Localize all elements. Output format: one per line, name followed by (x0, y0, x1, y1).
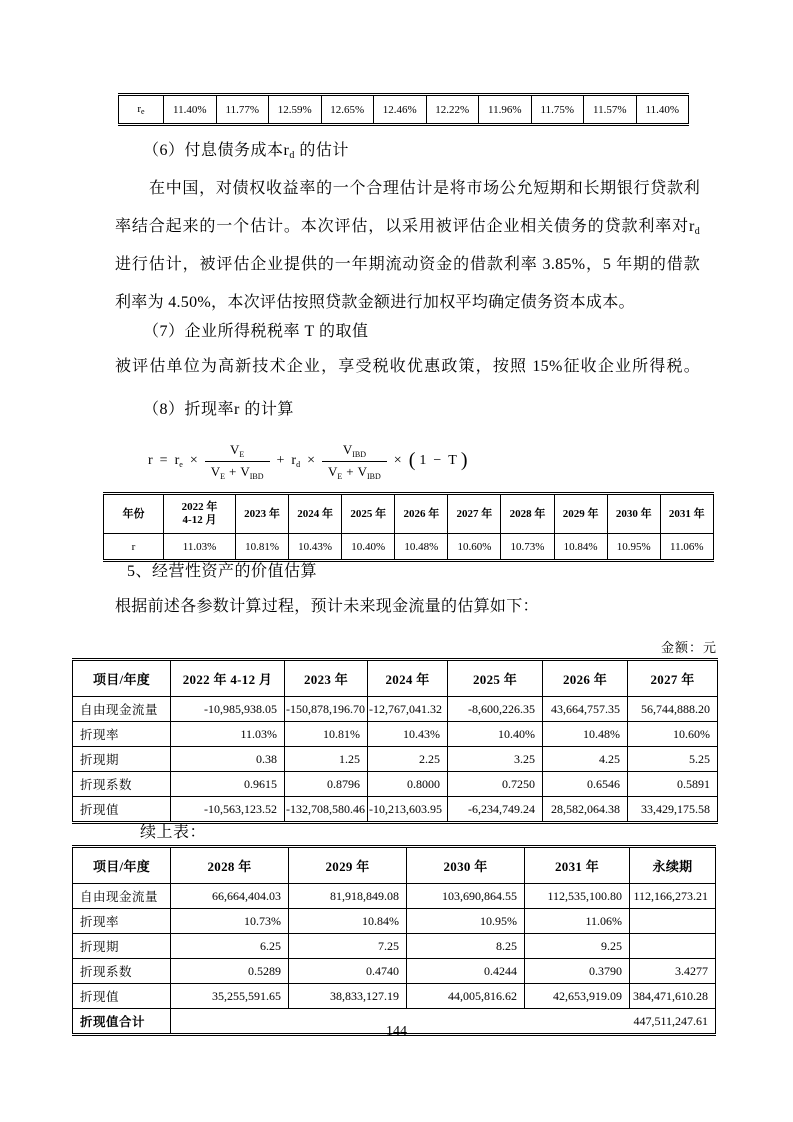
table-cell: 10.81% (285, 722, 368, 747)
table-cell: 384,471,610.28 (630, 984, 716, 1009)
table-row: 自由现金流量-10,985,938.05-150,878,196.70-12,7… (73, 697, 718, 722)
paragraph-line: 利率为 4.50%，本次评估按照贷款金额进行加权平均确定债务资本成本。 (115, 284, 700, 322)
column-header: 项目/年度 (73, 847, 171, 884)
table-cell: 12.46% (374, 95, 427, 125)
column-header: 2029 年 (289, 847, 407, 884)
column-header: 2023 年 (285, 660, 368, 697)
table-cell: 10.84% (289, 909, 407, 934)
table-cell: 10.48% (395, 534, 448, 561)
row-label: 折现期 (73, 934, 171, 959)
table-cell: 11.75% (531, 95, 584, 125)
paragraph-line: 被评估单位为高新技术企业，享受税收优惠政策，按照 15%征收企业所得税。 (115, 348, 700, 386)
row-label: r (104, 534, 164, 561)
section-heading-6: （6）付息债务成本rd 的估计 (143, 141, 349, 166)
table-cell: 81,918,849.08 (289, 884, 407, 909)
table-cell: 0.5289 (171, 959, 289, 984)
table-cell: 28,582,064.38 (543, 797, 628, 823)
table-cell: 1.25 (285, 747, 368, 772)
table-cell: 6.25 (171, 934, 289, 959)
row-label: 折现期 (73, 747, 171, 772)
table-cell: 0.3790 (525, 959, 630, 984)
table-row: 折现期0.381.252.253.254.255.25 (73, 747, 718, 772)
table-cell: 10.95% (607, 534, 660, 561)
table-cell: 66,664,404.03 (171, 884, 289, 909)
table-cell: 2.25 (368, 747, 448, 772)
table-header-row: 项目/年度2022 年 4-12 月2023 年2024 年2025 年2026… (73, 660, 718, 697)
row-label: 折现率 (73, 722, 171, 747)
table-cell: 12.65% (321, 95, 374, 125)
fraction-debt-weight: VIBD VE+VIBD (322, 442, 387, 481)
table-cell: 3.25 (448, 747, 543, 772)
table-cell: 38,833,127.19 (289, 984, 407, 1009)
row-label: 折现系数 (73, 959, 171, 984)
column-header: 2023 年 (236, 494, 289, 534)
table-cell: -8,600,226.35 (448, 697, 543, 722)
table-cell: 10.40% (342, 534, 395, 561)
paragraph-line: 率结合起来的一个估计。本次评估，以采用被评估企业相关债务的贷款利率对rd (115, 208, 700, 246)
table-cell: -10,213,603.95 (368, 797, 448, 823)
column-header: 项目/年度 (73, 660, 171, 697)
column-header: 2028 年 (501, 494, 554, 534)
table-cell: -10,985,938.05 (171, 697, 285, 722)
table-cell: 0.6546 (543, 772, 628, 797)
table-cell: 44,005,816.62 (407, 984, 525, 1009)
table-cell: 43,664,757.35 (543, 697, 628, 722)
heading-text: （8）折现率 (143, 401, 234, 418)
table-cell: 10.40% (448, 722, 543, 747)
column-header: 2022 年 4-12 月 (171, 660, 285, 697)
heading-text: 的估计 (295, 142, 349, 159)
column-header: 2030 年 (407, 847, 525, 884)
unit-label: 金额：元 (115, 637, 717, 656)
table-cell: 10.73% (171, 909, 289, 934)
column-header: 2022 年 4-12 月 (164, 494, 236, 534)
table-cell: 11.06% (525, 909, 630, 934)
table-cell: 10.95% (407, 909, 525, 934)
discount-rate-table: 年份 2022 年 4-12 月 2023 年 2024 年 2025 年 20… (103, 492, 714, 562)
table-cell: 11.06% (660, 534, 713, 561)
table-row: re 11.40% 11.77% 12.59% 12.65% 12.46% 12… (119, 95, 689, 125)
table-cell: 33,429,175.58 (628, 797, 718, 823)
fraction-equity-weight: VE VE+VIBD (205, 442, 270, 481)
table-cell: 10.73% (501, 534, 554, 561)
table-cell: -6,234,749.24 (448, 797, 543, 823)
column-header: 2027 年 (628, 660, 718, 697)
column-header: 2024 年 (368, 660, 448, 697)
table-cell (630, 934, 716, 959)
table-cell: 10.43% (289, 534, 342, 561)
table-cell: 10.84% (554, 534, 607, 561)
table-cell: 0.8000 (368, 772, 448, 797)
table-cell: 11.40% (636, 95, 689, 125)
valuation-report-page: re 11.40% 11.77% 12.59% 12.65% 12.46% 12… (0, 0, 793, 1122)
table-cell: 35,255,591.65 (171, 984, 289, 1009)
table-cell: 11.77% (216, 95, 269, 125)
column-header: 2024 年 (289, 494, 342, 534)
row-label: 折现值 (73, 984, 171, 1009)
column-header: 2031 年 (525, 847, 630, 884)
section-heading-8: （8）折现率r 的计算 (143, 400, 294, 420)
paragraph-tax-rate: 被评估单位为高新技术企业，享受税收优惠政策，按照 15%征收企业所得税。 (115, 348, 700, 386)
column-header: 2026 年 (543, 660, 628, 697)
table-cell: 12.22% (426, 95, 479, 125)
table-cell: 42,653,919.09 (525, 984, 630, 1009)
table-row: r 11.03% 10.81% 10.43% 10.40% 10.48% 10.… (104, 534, 714, 561)
table-cell: 10.43% (368, 722, 448, 747)
paragraph-cashflow-intro: 根据前述各参数计算过程，预计未来现金流量的估算如下： (115, 588, 700, 626)
table-cell: 10.60% (628, 722, 718, 747)
table-cell: -132,708,580.46 (285, 797, 368, 823)
row-label: 自由现金流量 (73, 697, 171, 722)
table-cell: 0.38 (171, 747, 285, 772)
column-header: 2028 年 (171, 847, 289, 884)
heading-text: （6）付息债务成本 (143, 142, 284, 159)
table-cell: 11.03% (164, 534, 236, 561)
table-row: 折现率11.03%10.81%10.43%10.40%10.48%10.60% (73, 722, 718, 747)
row-label: re (119, 95, 164, 125)
table-row: 折现值35,255,591.6538,833,127.1944,005,816.… (73, 984, 716, 1009)
table-cell: 5.25 (628, 747, 718, 772)
column-header: 2027 年 (448, 494, 501, 534)
paragraph-debt-cost: 在中国，对债权收益率的一个合理估计是将市场公允短期和长期银行贷款利 率结合起来的… (115, 170, 700, 322)
table-cell: 11.96% (479, 95, 532, 125)
table-cell: 0.4244 (407, 959, 525, 984)
column-header: 2030 年 (607, 494, 660, 534)
paragraph-line: 进行估计，被评估企业提供的一年期流动资金的借款利率 3.85%，5 年期的借款 (115, 246, 700, 284)
table-cell (630, 909, 716, 934)
table-cell: 11.40% (164, 95, 217, 125)
continued-table-label: 续上表： (140, 819, 206, 842)
row-label: 折现率 (73, 909, 171, 934)
discount-rate-formula: r = re × VE VE+VIBD + rd × VIBD VE+VIBD … (148, 436, 468, 486)
section-heading-7: （7）企业所得税税率 T 的取值 (143, 322, 369, 342)
table-cell: 9.25 (525, 934, 630, 959)
table-cell: 10.81% (236, 534, 289, 561)
table-header-row: 项目/年度2028 年2029 年2030 年2031 年永续期 (73, 847, 716, 884)
paragraph-line: 在中国，对债权收益率的一个合理估计是将市场公允短期和长期银行贷款利 (115, 170, 700, 208)
table-cell: -150,878,196.70 (285, 697, 368, 722)
table-cell: 103,690,864.55 (407, 884, 525, 909)
table-cell: 112,535,100.80 (525, 884, 630, 909)
table-cell: 112,166,273.21 (630, 884, 716, 909)
table-cell: 0.4740 (289, 959, 407, 984)
table-row: 折现系数0.52890.47400.42440.37903.4277 (73, 959, 716, 984)
table-cell: 8.25 (407, 934, 525, 959)
column-header: 2025 年 (342, 494, 395, 534)
table-cell: 10.48% (543, 722, 628, 747)
cash-flow-table-continued: 项目/年度2028 年2029 年2030 年2031 年永续期自由现金流量66… (72, 845, 716, 1036)
column-header: 年份 (104, 494, 164, 534)
table-cell: 0.8796 (285, 772, 368, 797)
table-cell: 12.59% (269, 95, 322, 125)
cash-flow-table: 项目/年度2022 年 4-12 月2023 年2024 年2025 年2026… (72, 658, 718, 824)
table-cell: 11.57% (584, 95, 637, 125)
page-number: 144 (0, 1024, 793, 1040)
heading-text: 的计算 (240, 401, 294, 418)
section-heading-5: 5、经营性资产的价值估算 (127, 562, 317, 582)
table-row: 折现期6.257.258.259.25 (73, 934, 716, 959)
column-header: 2025 年 (448, 660, 543, 697)
table-cell: 56,744,888.20 (628, 697, 718, 722)
table-cell: 0.5891 (628, 772, 718, 797)
column-header: 2029 年 (554, 494, 607, 534)
paragraph-line: 根据前述各参数计算过程，预计未来现金流量的估算如下： (115, 588, 700, 626)
table-cell: 11.03% (171, 722, 285, 747)
table-row: 折现率10.73%10.84%10.95%11.06% (73, 909, 716, 934)
table-row: 自由现金流量66,664,404.0381,918,849.08103,690,… (73, 884, 716, 909)
table-cell: 0.9615 (171, 772, 285, 797)
table-row: 折现系数0.96150.87960.80000.72500.65460.5891 (73, 772, 718, 797)
column-header: 2031 年 (660, 494, 713, 534)
table-cell: 7.25 (289, 934, 407, 959)
column-header: 2026 年 (395, 494, 448, 534)
row-label: 折现系数 (73, 772, 171, 797)
table-cell: 10.60% (448, 534, 501, 561)
row-label: 自由现金流量 (73, 884, 171, 909)
column-header: 永续期 (630, 847, 716, 884)
table-cell: 3.4277 (630, 959, 716, 984)
table-cell: 4.25 (543, 747, 628, 772)
cost-of-equity-table: re 11.40% 11.77% 12.59% 12.65% 12.46% 12… (118, 93, 689, 126)
table-header-row: 年份 2022 年 4-12 月 2023 年 2024 年 2025 年 20… (104, 494, 714, 534)
table-cell: -12,767,041.32 (368, 697, 448, 722)
table-cell: 0.7250 (448, 772, 543, 797)
